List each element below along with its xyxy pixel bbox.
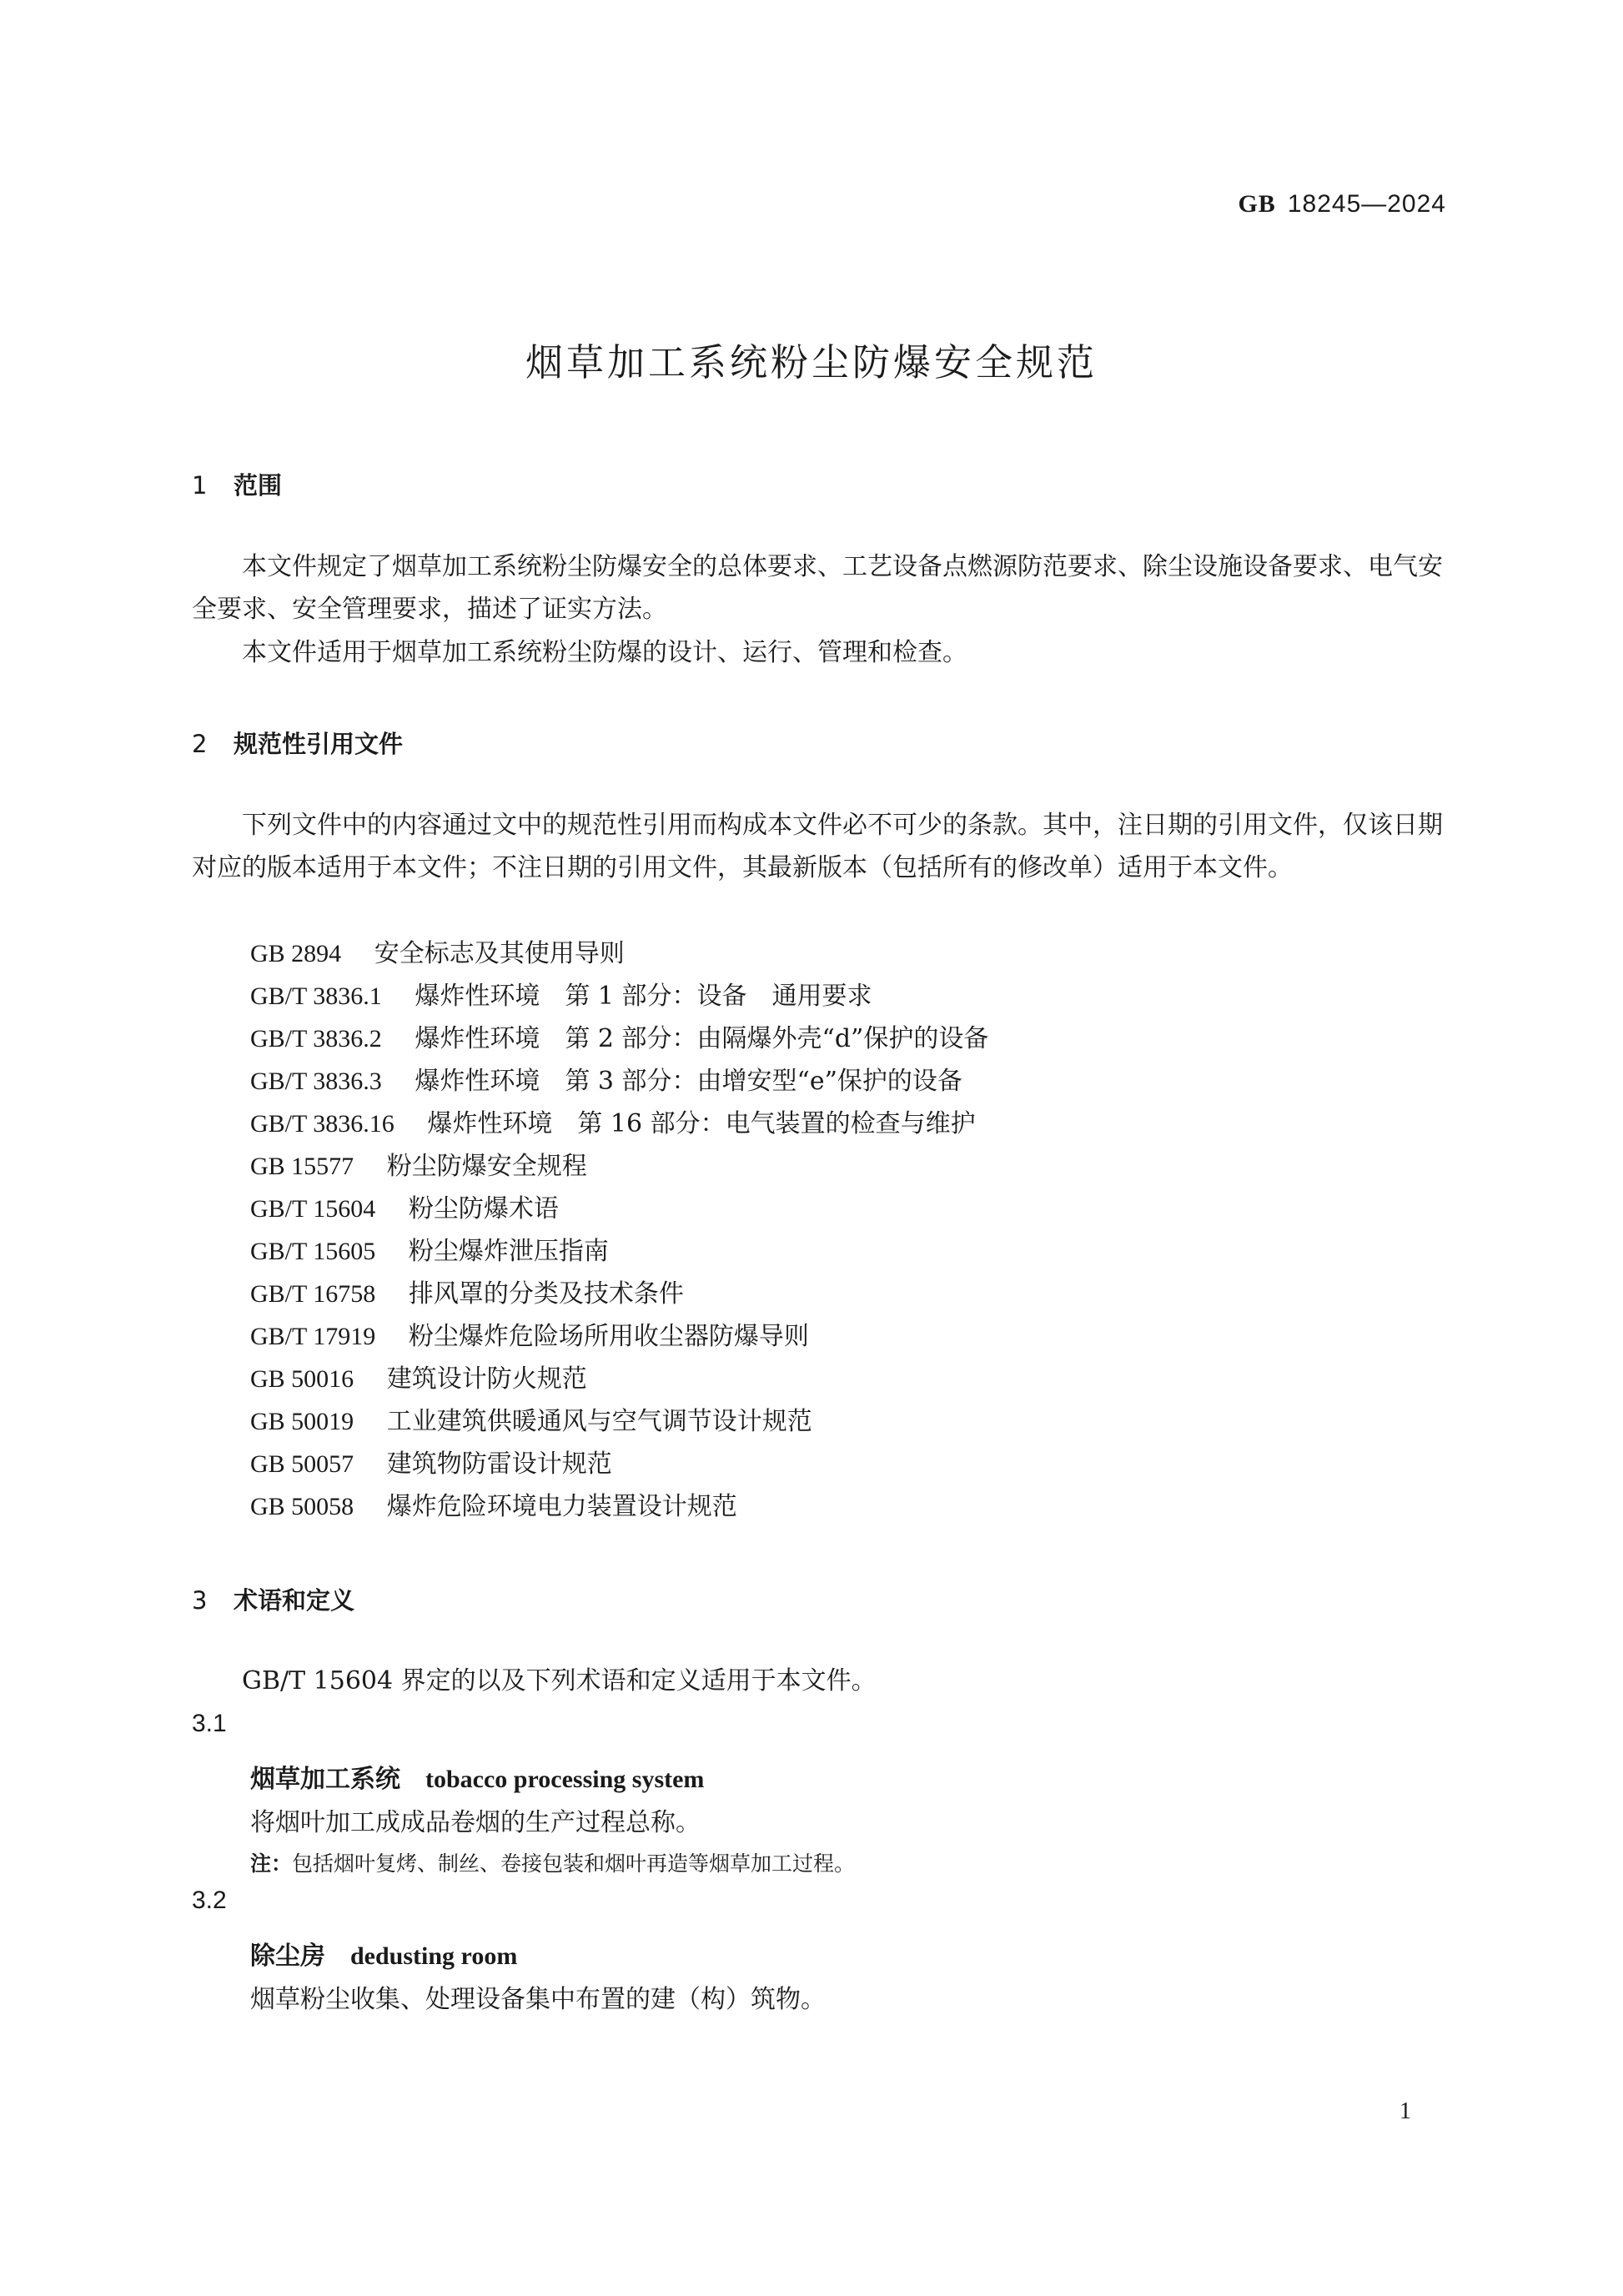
term-heading: 除尘房dedusting room [250,1935,517,1972]
reference-item: GB 50058 爆炸危险环境电力装置设计规范 [250,1485,737,1522]
section-heading-normative-references: 2规范性引用文件 [192,726,403,760]
term-zh: 除尘房 [250,1942,325,1971]
section-number: 1 [192,471,234,500]
note-label: 注： [250,1851,292,1876]
term-definition: 烟草粉尘收集、处理设备集中布置的建（构）筑物。 [250,1978,826,2015]
reference-item: GB/T 3836.3 爆炸性环境 第 3 部分：由增安型“e”保护的设备 [250,1060,962,1097]
term-number: 3.1 [192,1710,227,1738]
section-heading-scope: 1范围 [192,467,282,501]
section-title: 范围 [234,471,282,500]
reference-item: GB 50057 建筑物防雷设计规范 [250,1443,612,1480]
reference-item: GB/T 17919 粉尘爆炸危险场所用收尘器防爆导则 [250,1315,809,1352]
reference-item: GB/T 3836.2 爆炸性环境 第 2 部分：由隔爆外壳“d”保护的设备 [250,1017,988,1054]
document-title: 烟草加工系统粉尘防爆安全规范 [0,332,1623,386]
section-number: 2 [192,730,234,758]
scope-paragraph-1: 本文件规定了烟草加工系统粉尘防爆安全的总体要求、工艺设备点燃源防范要求、除尘设施… [192,545,1451,631]
term-number: 3.2 [192,1887,227,1915]
reference-item: GB/T 3836.1 爆炸性环境 第 1 部分：设备 通用要求 [250,975,872,1012]
section-heading-terms: 3术语和定义 [192,1582,354,1616]
standard-prefix: GB [1238,190,1275,218]
standard-number: 18245—2024 [1288,190,1446,218]
reference-item: GB 2894 安全标志及其使用导则 [250,932,625,969]
section-number: 3 [192,1586,234,1615]
note-text: 包括烟叶复烤、制丝、卷接包装和烟叶再造等烟草加工过程。 [292,1851,855,1876]
term-en: tobacco processing system [425,1766,704,1793]
term-zh: 烟草加工系统 [250,1765,400,1794]
reference-item: GB 50016 建筑设计防火规范 [250,1358,587,1394]
section-title: 术语和定义 [234,1586,354,1615]
standard-code: GB18245—2024 [1238,190,1446,219]
reference-item: GB/T 15605 粉尘爆炸泄压指南 [250,1230,609,1267]
terms-intro: GB/T 15604 界定的以及下列术语和定义适用于本文件。 [192,1660,1451,1702]
term-definition: 将烟叶加工成成品卷烟的生产过程总称。 [250,1801,701,1838]
references-intro: 下列文件中的内容通过文中的规范性引用而构成本文件必不可少的条款。其中，注日期的引… [192,804,1451,889]
page-number: 1 [1399,2098,1411,2125]
reference-item: GB/T 15604 粉尘防爆术语 [250,1188,559,1224]
reference-item: GB/T 3836.16 爆炸性环境 第 16 部分：电气装置的检查与维护 [250,1103,976,1139]
term-heading: 烟草加工系统tobacco processing system [250,1758,704,1795]
reference-item: GB 50019 工业建筑供暖通风与空气调节设计规范 [250,1400,812,1437]
term-en: dedusting room [350,1942,517,1970]
term-note: 注：包括烟叶复烤、制丝、卷接包装和烟叶再造等烟草加工过程。 [250,1847,855,1877]
reference-item: GB/T 16758 排风罩的分类及技术条件 [250,1273,684,1309]
reference-item: GB 15577 粉尘防爆安全规程 [250,1145,587,1182]
scope-paragraph-2: 本文件适用于烟草加工系统粉尘防爆的设计、运行、管理和检查。 [192,631,1451,674]
section-title: 规范性引用文件 [234,730,403,758]
